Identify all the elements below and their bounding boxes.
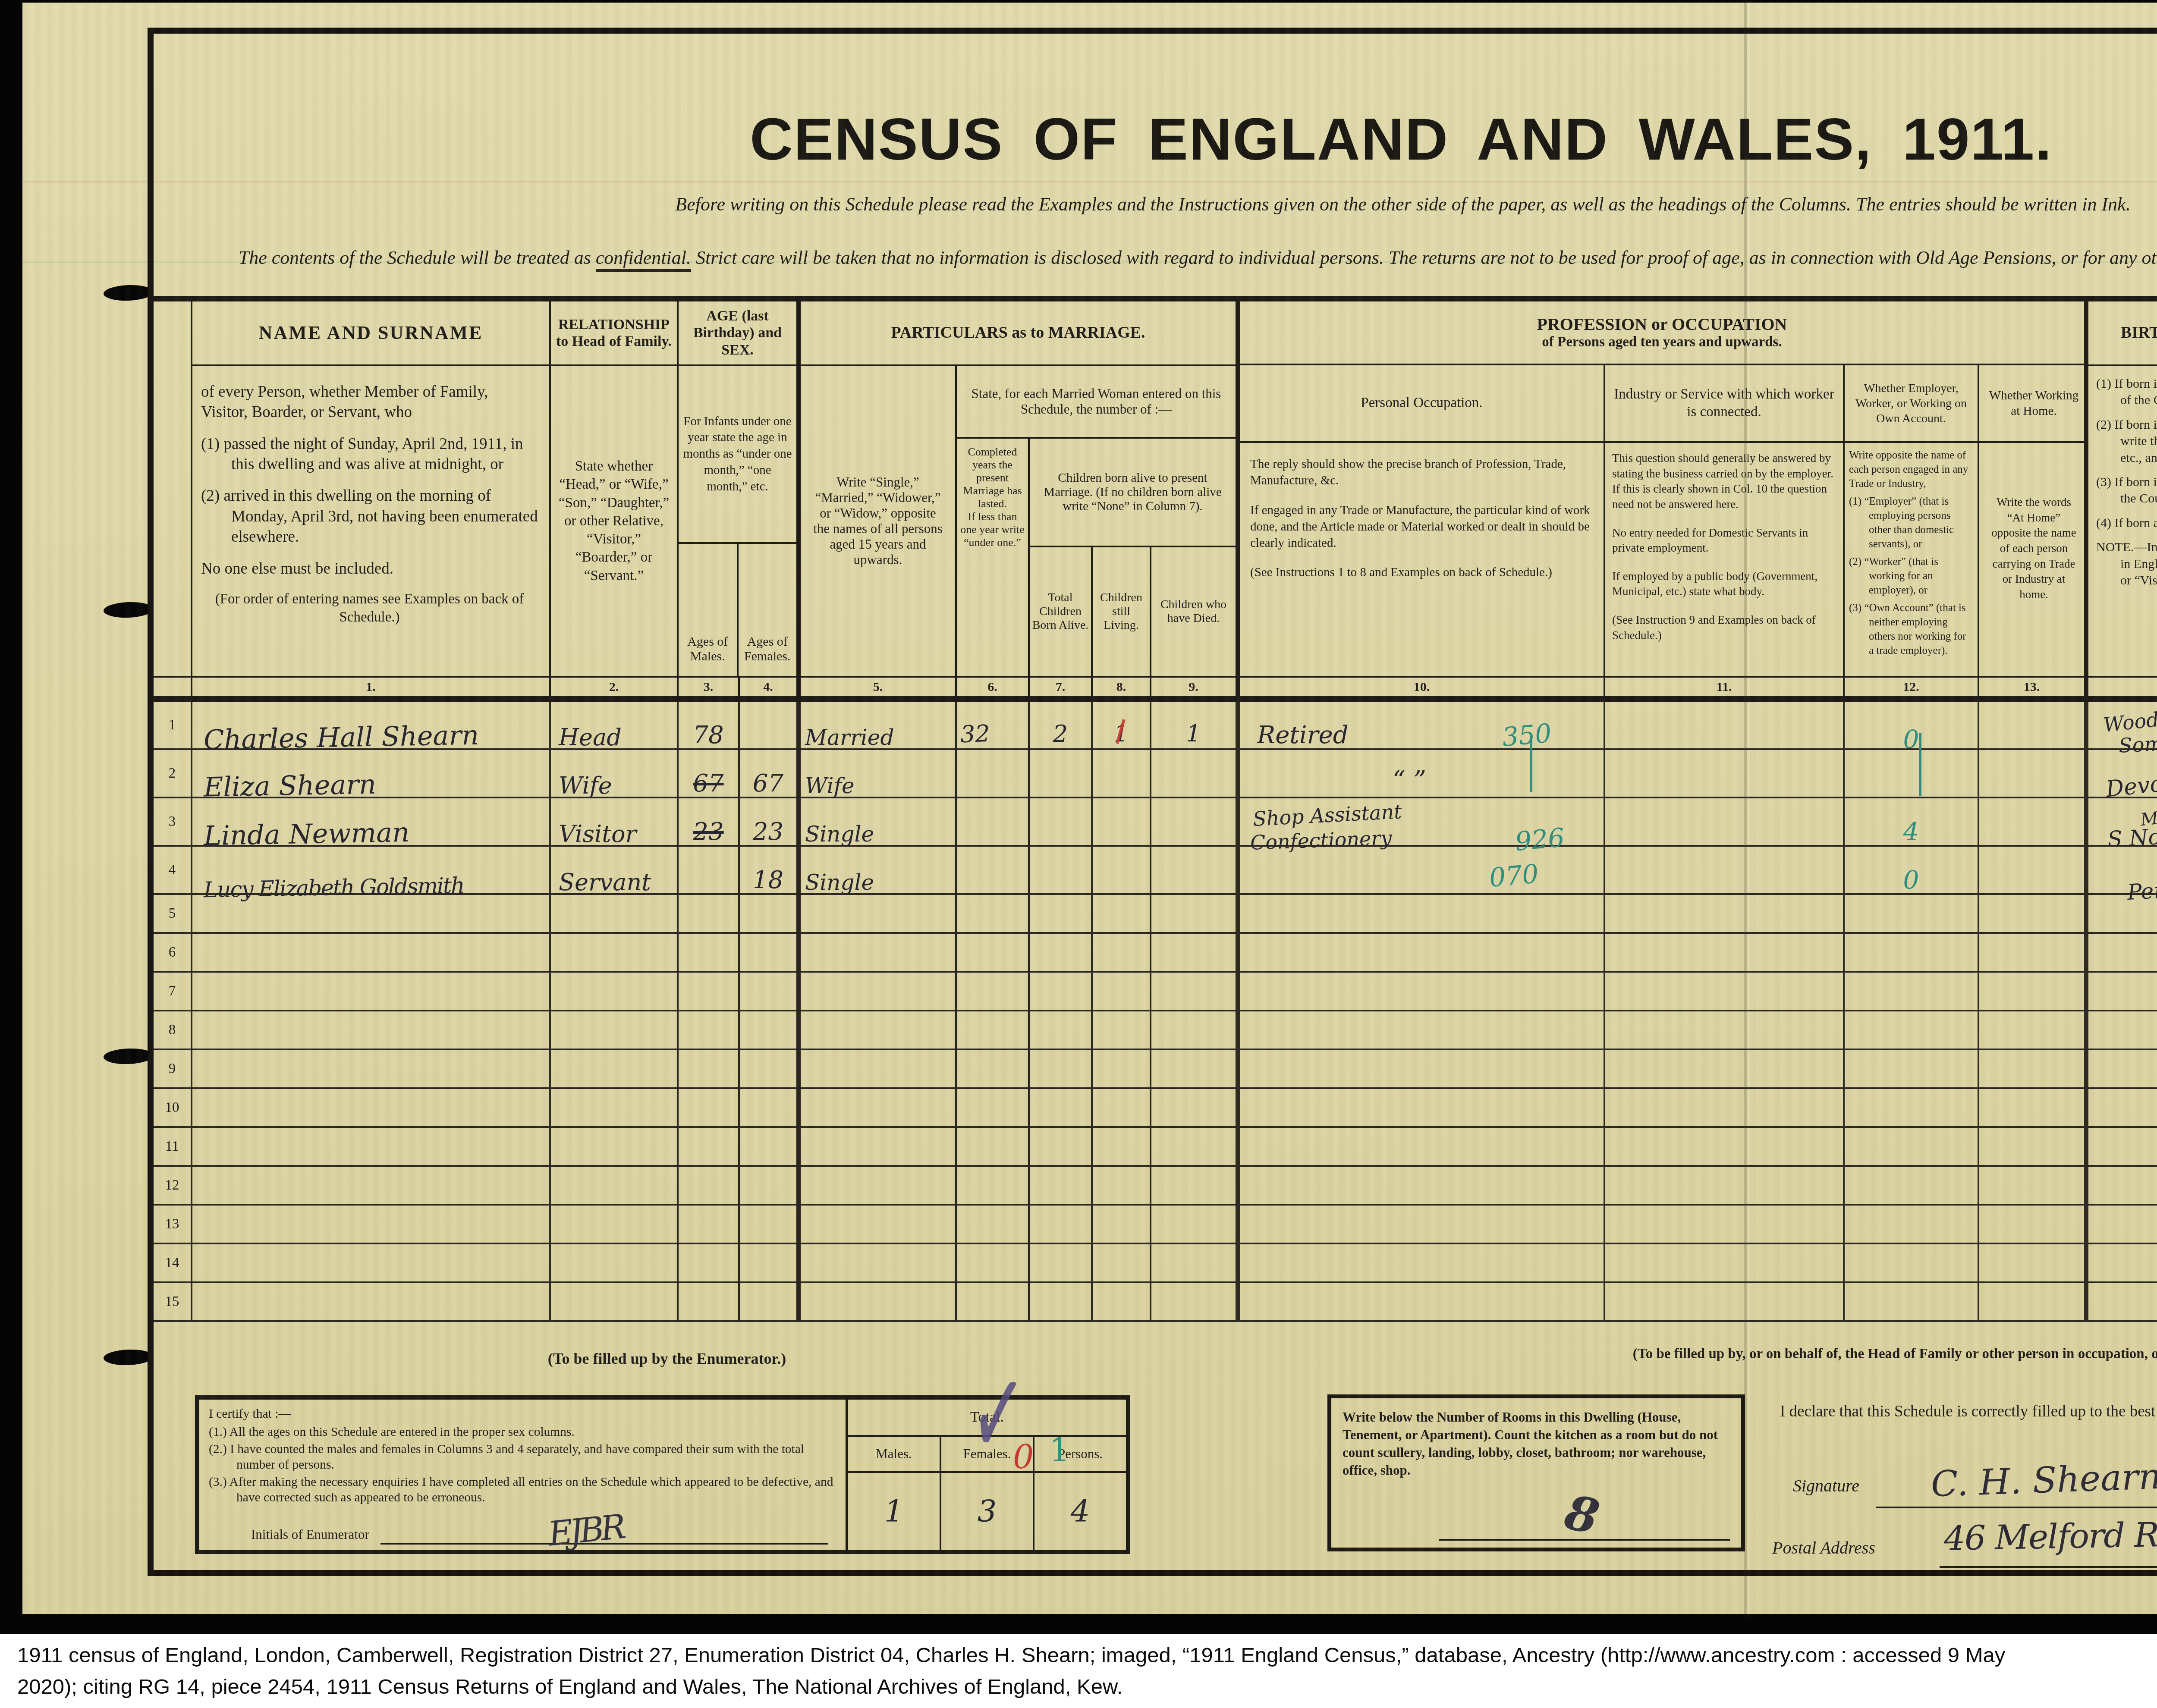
rooms-box: Write below the Number of Rooms in this … (1327, 1394, 1745, 1551)
age-male-handwriting: 23 (693, 820, 723, 844)
cell-c7 (1030, 1089, 1093, 1126)
cell-c11 (1605, 1011, 1845, 1049)
row-number: 14 (165, 1255, 179, 1271)
cell-c6: 32 (957, 702, 1030, 748)
cell-c10 (1240, 1128, 1605, 1165)
signature-label: Signature (1793, 1476, 1859, 1496)
age-male-handwriting: 78 (693, 723, 723, 747)
cell-c7 (1030, 1050, 1093, 1087)
cell-c13 (1979, 750, 2088, 797)
cell-c14 (2088, 973, 2157, 1010)
row-number: 11 (165, 1139, 179, 1155)
certify-1-num: (1.) (209, 1425, 227, 1439)
marital-condition-handwriting: Single (805, 823, 874, 845)
header-relationship-title: RELATIONSHIP to Head of Family. (551, 301, 677, 366)
table-row: 11 (154, 1128, 2157, 1167)
header-personal-p1: The reply should show the precise branch… (1250, 456, 1593, 489)
header-employer-title: Whether Employer, Worker, or Working on … (1845, 365, 1978, 443)
cell-c6 (957, 1244, 1030, 1281)
householder-heading: (To be filled up by, or on behalf of, th… (1318, 1346, 2157, 1362)
cell-c9 (1151, 798, 1240, 845)
cell-c4 (740, 1050, 801, 1087)
total-males: Males. 1 (848, 1437, 941, 1550)
cell-c1 (192, 1089, 551, 1126)
cell-c5 (801, 1167, 957, 1204)
header-name-p5: (For order of entering names see Example… (201, 590, 538, 626)
postal-address-handwriting: 46 Melford Rd E Dulwich S.E. (1943, 1511, 2157, 1558)
row-number: 7 (169, 983, 176, 999)
cell-c13 (1979, 1167, 2088, 1204)
cell-c9 (1151, 1206, 1240, 1243)
header-employer-p4: (3) “Own Account” (that is neither emplo… (1849, 601, 1973, 658)
cell-c3 (679, 1244, 740, 1281)
marital-condition-handwriting: Wife (805, 775, 855, 797)
header-name-p4: No one else must be included. (201, 559, 538, 579)
table-header: NAME AND SURNAME of every Person, whethe… (154, 296, 2157, 678)
table-row: 5 (154, 895, 2157, 934)
enumerator-heading: (To be filled up by the Enumerator.) (296, 1350, 1038, 1368)
cell-c1 (192, 1011, 551, 1049)
header-industry-title: Industry or Service with which worker is… (1605, 365, 1843, 443)
fold-crease (1744, 3, 1747, 1614)
header-industry-p4: (See Instruction 9 and Examples on back … (1612, 612, 1836, 643)
certify-1-text: All the ages on this Schedule are entere… (230, 1425, 575, 1439)
cell-c11 (1605, 1244, 1845, 1281)
cell-c11 (1605, 847, 1845, 893)
header-profession-title-sub: of Persons aged ten years and upwards. (1542, 334, 1782, 351)
cell-rn: 2 (154, 750, 192, 797)
paper-sheet: CENSUS OF ENGLAND AND WALES, 1911. Befor… (22, 3, 2157, 1614)
cell-c10 (1240, 1283, 1605, 1320)
enumerator-box: I certify that :— (1.) All the ages on t… (195, 1395, 1130, 1554)
header-personal-title: Personal Occupation. (1240, 365, 1604, 443)
cell-c12: 4 (1845, 798, 1979, 845)
header-name-p2: (1) passed the night of Sunday, April 2n… (201, 434, 538, 475)
enumerator-initials-handwriting: EJBR (546, 1507, 624, 1555)
rooms-instruction: Write below the Number of Rooms in this … (1343, 1410, 1718, 1478)
cell-c9 (1151, 1011, 1240, 1049)
cell-c14 (2088, 1089, 2157, 1126)
cell-c14 (2088, 1050, 2157, 1087)
certify-3-text: After making the necessary enquiries I h… (230, 1475, 833, 1504)
cell-c10 (1240, 1206, 1605, 1243)
cell-c9 (1151, 934, 1240, 971)
confidentiality-pre: The contents of the Schedule will be tre… (239, 247, 596, 268)
signature-line (1876, 1507, 2157, 1508)
cell-c1: Lucy Elizabeth Goldsmith (192, 847, 551, 893)
cell-c10: “ ” (1240, 750, 1605, 797)
cell-c12 (1845, 895, 1979, 932)
cell-c12: 0 (1845, 847, 1979, 893)
colnum-2: 2. (551, 678, 679, 696)
total-label: Total. (848, 1400, 1126, 1437)
age-female-handwriting: 67 (753, 772, 783, 796)
age-male-handwriting: 67 (693, 772, 723, 796)
cell-c9 (1151, 1050, 1240, 1087)
cell-c13 (1979, 1206, 2088, 1243)
cell-c5 (801, 895, 957, 932)
cell-c3 (679, 1206, 740, 1243)
cell-c11 (1605, 973, 1845, 1010)
cell-c7 (1030, 1011, 1093, 1049)
cell-c6 (957, 1089, 1030, 1126)
cell-c3 (679, 1050, 740, 1087)
header-personal-body: The reply should show the precise branch… (1240, 443, 1604, 676)
certify-item-2: (2.) I have counted the males and female… (209, 1442, 838, 1473)
cell-c14: Penge Surrey (2088, 847, 2157, 893)
cell-rn: 11 (154, 1128, 192, 1165)
cell-c6 (957, 847, 1030, 893)
scan-line (22, 181, 2157, 182)
header-marriage-single: Write “Single,” “Married,” “Widower,” or… (801, 366, 957, 676)
cell-c8 (1093, 895, 1151, 932)
table-row: 12 (154, 1167, 2157, 1206)
cell-c4 (740, 1167, 801, 1204)
cell-c3: 23 (679, 798, 740, 845)
column-number-row: 1. 2. 3. 4. 5. 6. 7. 8. 9. 10. 11. 12. 1… (154, 678, 2157, 702)
cell-c13 (1979, 798, 2088, 845)
cell-c9 (1151, 973, 1240, 1010)
cell-c10 (1240, 1244, 1605, 1281)
cell-rn: 14 (154, 1244, 192, 1281)
cell-c12 (1845, 1011, 1979, 1049)
header-at-home-body: Write the words “At Home” opposite the n… (1979, 443, 2088, 676)
cell-c2 (551, 1011, 679, 1049)
cell-c4 (740, 934, 801, 971)
cell-c11 (1605, 750, 1845, 797)
cell-c14: WoodboroughSomersetshire (2088, 702, 2157, 748)
cell-c2 (551, 1206, 679, 1243)
header-children-note: Children born alive to present Marriage.… (1030, 439, 1236, 547)
cell-c3: 67 (679, 750, 740, 797)
cell-c6 (957, 1283, 1030, 1320)
cell-c3 (679, 1128, 740, 1165)
header-industry-p2: No entry needed for Domestic Servants in… (1612, 525, 1836, 556)
cell-c10 (1240, 973, 1605, 1010)
cell-c6 (957, 1167, 1030, 1204)
column12-code-teal: 0 (1903, 867, 1919, 892)
age-female-handwriting: 18 (753, 868, 783, 892)
form-title: CENSUS OF ENGLAND AND WALES, 1911. (148, 105, 2157, 174)
cell-c5 (801, 1283, 957, 1320)
cell-c9 (1151, 750, 1240, 797)
birthplace-handwriting-line2: Marchard Bishop (2140, 796, 2157, 829)
marital-condition-handwriting: Single (805, 872, 874, 893)
header-name-p1: of every Person, whether Member of Famil… (201, 382, 538, 423)
cell-c5 (801, 1050, 957, 1087)
age-female-handwriting: 23 (753, 820, 783, 844)
cell-c7 (1030, 1128, 1093, 1165)
cell-c11 (1605, 1283, 1845, 1320)
colnum-14: 14. (2088, 678, 2157, 696)
cell-c14 (2088, 1206, 2157, 1243)
rooms-value-handwriting: 8 (1560, 1480, 1605, 1548)
cell-c3 (679, 847, 740, 893)
cell-c1 (192, 1206, 551, 1243)
cell-rn: 13 (154, 1206, 192, 1243)
header-children-died: Children who have Died. (1151, 547, 1236, 676)
cell-c8 (1093, 934, 1151, 971)
persons-label: Persons. (1034, 1437, 1126, 1473)
cell-c6 (957, 934, 1030, 971)
form-border (148, 28, 2157, 1576)
cell-c10 (1240, 934, 1605, 971)
rooms-line (1439, 1539, 1730, 1541)
cell-c4: 67 (740, 750, 801, 797)
colnum-11: 11. (1605, 678, 1845, 696)
cell-c5 (801, 1206, 957, 1243)
cell-c12 (1845, 1089, 1979, 1126)
cell-c4 (740, 1011, 801, 1049)
cell-c8: 1 (1093, 702, 1151, 748)
cell-c13 (1979, 973, 2088, 1010)
colnum-12: 12. (1845, 678, 1979, 696)
years-married-handwriting: 32 (960, 722, 990, 746)
cell-c13 (1979, 934, 2088, 971)
cell-c12 (1845, 1128, 1979, 1165)
cell-c12 (1845, 1206, 1979, 1243)
cell-c1 (192, 973, 551, 1010)
certify-item-3: (3.) After making the necessary enquirie… (209, 1475, 838, 1506)
colnum-10: 10. (1240, 678, 1605, 696)
cell-c11 (1605, 895, 1845, 932)
cell-c8 (1093, 798, 1151, 845)
table-row: 7 (154, 973, 2157, 1011)
cell-c13 (1979, 895, 2088, 932)
teal-one-annotation: 1 (1049, 1431, 1070, 1469)
males-label: Males. (848, 1437, 940, 1473)
birthplace-handwriting: Penge Surrey (2127, 874, 2157, 903)
cell-c2 (551, 1050, 679, 1087)
colnum-3: 3. (679, 678, 740, 696)
initials-label: Initials of Enumerator (251, 1526, 369, 1543)
cell-c14 (2088, 1128, 2157, 1165)
teal-stroke-annotation (1919, 733, 1921, 796)
cell-c7: 2 (1030, 702, 1093, 748)
cell-c7 (1030, 750, 1093, 797)
cell-c13 (1979, 1283, 2088, 1320)
cell-rn: 3 (154, 798, 192, 845)
header-age-body: For Infants under one year state the age… (679, 366, 796, 676)
cell-c9 (1151, 847, 1240, 893)
cell-c6 (957, 1206, 1030, 1243)
cell-c10 (1240, 1089, 1605, 1126)
cell-c11 (1605, 1089, 1845, 1126)
cell-c8 (1093, 1244, 1151, 1281)
header-personal-p2: If engaged in any Trade or Manufacture, … (1250, 502, 1593, 552)
cell-c10 (1240, 1050, 1605, 1087)
check-mark-annotation: ✓ (967, 1338, 1029, 1491)
header-employer-p1: Write opposite the name of each person e… (1849, 448, 1973, 491)
cell-c14 (2088, 934, 2157, 971)
cell-c7 (1030, 1167, 1093, 1204)
header-name-p3: (2) arrived in this dwelling on the morn… (201, 486, 538, 547)
occupation-code-teal: 070 (1488, 861, 1540, 891)
header-marriage-cols: Completed years the present Marriage has… (957, 439, 1236, 676)
cell-c12 (1845, 1167, 1979, 1204)
cell-c13 (1979, 1011, 2088, 1049)
table-row: 3Linda NewmanVisitor2323SingleShop Assis… (154, 798, 2157, 847)
cell-c2: Visitor (551, 798, 679, 845)
row-number: 1 (169, 717, 176, 733)
colnum-5: 5. (801, 678, 957, 696)
header-children-born: Total Children Born Alive. (1030, 547, 1093, 676)
total-columns: Males. 1 Females. 3 Persons. 4 (848, 1437, 1126, 1550)
header-ages-males: Ages of Males. (679, 544, 739, 676)
table-row: 6 (154, 934, 2157, 973)
colnum-9: 9. (1151, 678, 1240, 696)
header-age-split: Ages of Males. Ages of Females. (679, 544, 796, 676)
cell-c11 (1605, 1128, 1845, 1165)
punch-hole (103, 1349, 153, 1366)
table-footer: (To be filled up by the Enumerator.) I c… (154, 1322, 2157, 1572)
cell-c13 (1979, 1128, 2088, 1165)
occupation-ditto-marks: “ ” (1393, 767, 1426, 792)
census-scan-page: CENSUS OF ENGLAND AND WALES, 1911. Befor… (0, 0, 2157, 1708)
cell-rn: 1 (154, 702, 192, 748)
females-label: Females. (941, 1437, 1033, 1473)
source-citation: 1911 census of England, London, Camberwe… (0, 1634, 2157, 1708)
cell-c11 (1605, 702, 1845, 748)
cell-c3 (679, 973, 740, 1010)
table-row: 8 (154, 1011, 2157, 1050)
total-persons: Persons. 4 (1034, 1437, 1126, 1550)
cell-c2: Head (551, 702, 679, 748)
header-birthplace: BIRTHPLACE of every person. (1) If born … (2088, 301, 2157, 676)
confidential-word: confidential. (596, 247, 691, 272)
row-number: 13 (165, 1216, 179, 1232)
cell-c1: Charles Hall Shearn (192, 702, 551, 748)
cell-c6 (957, 1011, 1030, 1049)
cell-c2 (551, 973, 679, 1010)
cell-c7 (1030, 934, 1093, 971)
cell-c7 (1030, 973, 1093, 1010)
cell-c10 (1240, 1167, 1605, 1204)
header-married-woman: State, for each Married Woman entered on… (957, 366, 1236, 439)
row-number: 4 (169, 862, 176, 878)
cell-c3 (679, 1167, 740, 1204)
header-industry-body: This question should generally be answer… (1605, 443, 1843, 676)
header-profession-title: PROFESSION or OCCUPATION of Persons aged… (1240, 301, 2084, 365)
table-row: 15 (154, 1283, 2157, 1322)
header-marriage: PARTICULARS as to MARRIAGE. Write “Singl… (801, 301, 1240, 676)
header-employer-p3: (2) “Worker” (that is working for an emp… (1849, 555, 1973, 597)
cell-c8 (1093, 1167, 1151, 1204)
cell-c3 (679, 934, 740, 971)
cell-c8 (1093, 1206, 1151, 1243)
header-birthplace-body: (1) If born in the United Kingdom, write… (2088, 366, 2157, 676)
cell-c11 (1605, 934, 1845, 971)
table-row: 4Lucy Elizabeth GoldsmithServant18Single… (154, 847, 2157, 895)
cell-c5: Married (801, 702, 957, 748)
occupation-code-teal: 350 (1501, 720, 1553, 750)
column12-code-teal: 4 (1903, 819, 1919, 844)
cell-c1: Linda Newman (192, 798, 551, 845)
cell-c4 (740, 1089, 801, 1126)
cell-rn: 12 (154, 1167, 192, 1204)
cell-c10 (1240, 1011, 1605, 1049)
cell-c7 (1030, 1244, 1093, 1281)
table-row: 10 (154, 1089, 2157, 1128)
postal-address-label: Postal Address (1772, 1538, 1875, 1558)
header-birthplace-p1: (1) If born in the United Kingdom, write… (2096, 376, 2157, 409)
column12-code-teal: 0 (1903, 727, 1919, 752)
cell-c10 (1240, 895, 1605, 932)
cell-c4 (740, 1283, 801, 1320)
confidentiality-post: Strict care will be taken that no inform… (691, 247, 2157, 268)
header-birthplace-p3: (3) If born in a Foreign Country, write … (2096, 474, 2157, 507)
cell-c8 (1093, 1011, 1151, 1049)
cell-c4 (740, 973, 801, 1010)
declaration-text: I declare that this Schedule is correctl… (1780, 1402, 2157, 1421)
cell-c8 (1093, 847, 1151, 893)
birthplace-handwriting-line1: Woodborough (2102, 700, 2157, 735)
cell-c12 (1845, 934, 1979, 971)
header-marriage-title: PARTICULARS as to MARRIAGE. (801, 301, 1236, 366)
header-completed-2: If less than one year write “under one.” (960, 510, 1025, 549)
scan-line (22, 261, 2157, 263)
name-handwriting: Lucy Elizabeth Goldsmith (204, 875, 464, 901)
row-number: 8 (169, 1022, 176, 1038)
table-row: 13 (154, 1206, 2157, 1244)
header-at-home: Whether Working at Home. Write the words… (1979, 365, 2088, 676)
header-marriage-body: Write “Single,” “Married,” “Widower,” or… (801, 366, 1236, 676)
cell-c5 (801, 934, 957, 971)
row-number: 2 (169, 766, 176, 782)
confidentiality-note: The contents of the Schedule will be tre… (204, 244, 2157, 272)
cell-c8 (1093, 1283, 1151, 1320)
occupation-handwriting-line2: Confectionery (1250, 828, 1392, 852)
cell-c11 (1605, 1050, 1845, 1087)
total-females: Females. 3 (941, 1437, 1034, 1550)
header-profession-body: Personal Occupation. The reply should sh… (1240, 365, 2084, 676)
header-employer: Whether Employer, Worker, or Working on … (1845, 365, 1979, 676)
header-employer-body: Write opposite the name of each person e… (1845, 443, 1978, 676)
row-number: 3 (169, 814, 176, 830)
cell-c5 (801, 1244, 957, 1281)
header-industry: Industry or Service with which worker is… (1605, 365, 1845, 676)
cell-c7 (1030, 798, 1093, 845)
persons-value-handwriting: 4 (1034, 1473, 1126, 1550)
table-row: 9 (154, 1050, 2157, 1089)
table-body: 1Charles Hall ShearnHead78Married32211Re… (154, 702, 2157, 1322)
cell-c4 (740, 1206, 801, 1243)
cell-c14 (2088, 1011, 2157, 1049)
cell-c13 (1979, 1050, 2088, 1087)
cell-c13 (1979, 847, 2088, 893)
colnum-6: 6. (957, 678, 1030, 696)
row-number: 12 (165, 1177, 179, 1193)
birthplace-handwriting-line1: Devonshire (2105, 765, 2157, 801)
punch-hole (103, 1048, 153, 1065)
cell-c9: 1 (1151, 702, 1240, 748)
header-marriage-rest: State, for each Married Woman entered on… (957, 366, 1236, 676)
colnum-blank (154, 678, 192, 696)
relation-handwriting: Servant (559, 871, 651, 894)
header-ages-females: Ages of Females. (739, 544, 797, 676)
cell-c9 (1151, 1167, 1240, 1204)
citation-line-1: 1911 census of England, London, Camberwe… (17, 1644, 2005, 1667)
census-table: NAME AND SURNAME of every Person, whethe… (154, 296, 2157, 1572)
cell-c7 (1030, 1206, 1093, 1243)
table-row: 1Charles Hall ShearnHead78Married32211Re… (154, 702, 2157, 750)
intro-instruction: Before writing on this Schedule please r… (324, 193, 2157, 215)
cell-c13 (1979, 702, 2088, 748)
table-row: 14 (154, 1244, 2157, 1283)
cell-c11 (1605, 798, 1845, 845)
occupation-handwriting-line1: Shop Assistant (1252, 801, 1402, 829)
header-employer-p2: (1) “Employer” (that is employing person… (1849, 494, 1973, 551)
